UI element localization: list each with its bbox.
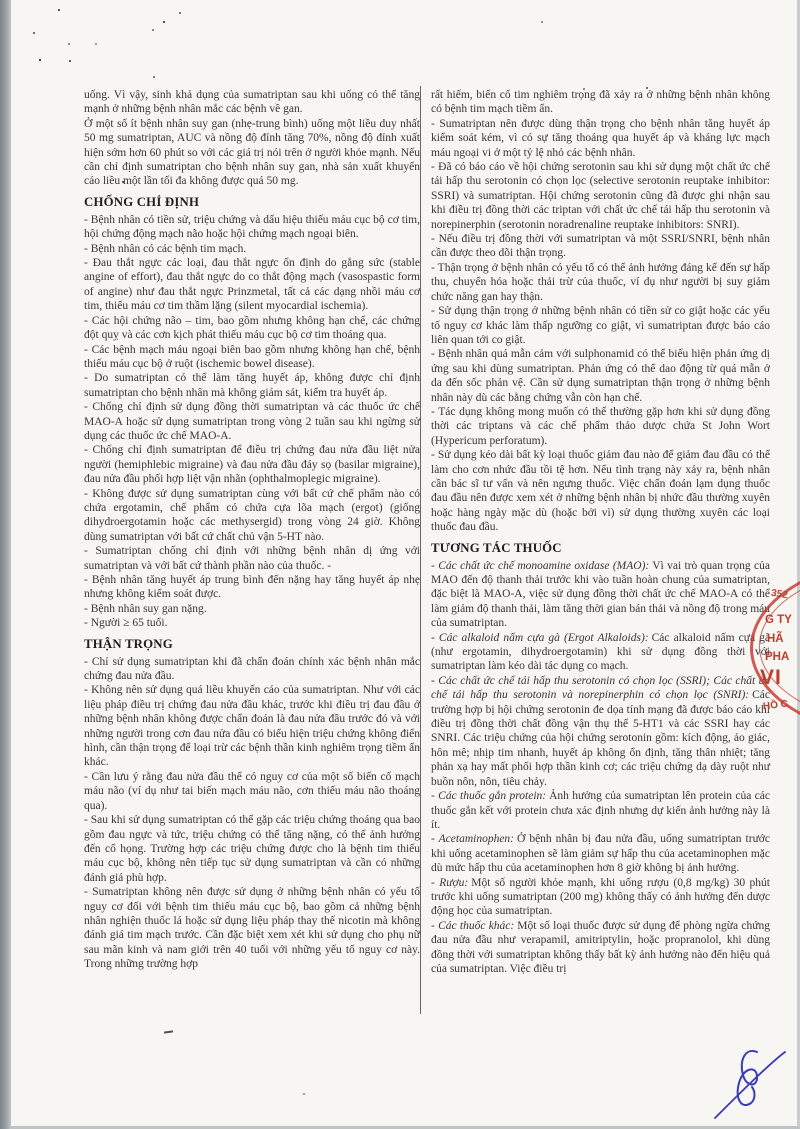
list-item: - Các chất ức chế tái hấp thu serotonin … <box>431 674 770 789</box>
list-item: - Bệnh nhân suy gan nặng. <box>84 602 420 616</box>
section-heading-contraindications: CHỐNG CHỈ ĐỊNH <box>84 194 420 210</box>
list-item: - Người ≥ 65 tuổi. <box>84 616 420 630</box>
interaction-text: Một số người khỏe mạnh, khi uống rượu (0… <box>431 877 770 918</box>
interaction-text: Các trường hợp bị hội chứng serotonin đe… <box>431 689 770 787</box>
list-item: - Sumatriptan nên được dùng thận trọng c… <box>431 117 770 160</box>
column-divider <box>420 86 421 1014</box>
signature-ink <box>695 1040 800 1125</box>
interaction-lead: - Các chất ức chế monoamine oxidase (MAO… <box>431 560 649 572</box>
right-column: rất hiếm, biến cố tim nghiêm trọng đã xả… <box>431 88 770 976</box>
company-stamp-fragment: PHA <box>765 651 789 663</box>
company-stamp-fragment: HỒ C <box>762 699 788 713</box>
interaction-lead: - Các alkaloid nấm cựa gà (Ergot Alkaloi… <box>431 632 649 644</box>
paragraph: rất hiếm, biến cố tim nghiêm trọng đã xả… <box>431 88 770 117</box>
company-stamp-fragment: G TY <box>765 614 792 626</box>
list-item: - Bệnh nhân có tiền sử, triệu chứng và d… <box>84 213 420 242</box>
list-item: - Các chất ức chế monoamine oxidase (MAO… <box>431 559 770 631</box>
scan-dash-artifact <box>164 1030 173 1033</box>
paragraph: uống. Vì vậy, sinh khả dụng của sumatrip… <box>84 88 420 117</box>
list-item: - Sumatriptan chống chỉ định với những b… <box>84 544 420 573</box>
list-item: - Nếu điều trị đồng thời với sumatriptan… <box>431 232 770 261</box>
interaction-lead: - Acetaminophen: <box>431 833 514 845</box>
interaction-lead: - Các thuốc khác: <box>431 920 514 932</box>
list-item: - Không nên sử dụng quá liều khuyến cáo … <box>84 683 420 769</box>
list-item: - Các alkaloid nấm cựa gà (Ergot Alkaloi… <box>431 631 770 674</box>
list-item: - Thận trọng ở bệnh nhân có yếu tố có th… <box>431 261 770 304</box>
paragraph: Ở một số ít bệnh nhân suy gan (nhẹ-trung… <box>84 117 420 189</box>
list-item: - Các thuốc gắn protein:Ảnh hưởng của su… <box>431 789 770 832</box>
list-item: - Bệnh nhân tăng huyết áp trung bình đến… <box>84 573 420 602</box>
list-item: - Bệnh nhân có các bệnh tim mạch. <box>84 242 420 256</box>
list-item: - Do sumatriptan có thể làm tăng huyết á… <box>84 371 420 400</box>
interaction-lead: - Các chất ức chế tái hấp thu serotonin … <box>431 675 770 701</box>
interaction-lead: - Các thuốc gắn protein: <box>431 790 546 802</box>
list-item: - Acetaminophen:Ở bệnh nhân bị đau nửa đ… <box>431 832 770 875</box>
section-heading-interactions: TƯƠNG TÁC THUỐC <box>431 540 770 556</box>
list-item: - Bệnh nhân quá mẫn cảm với sulphonamid … <box>431 347 770 405</box>
list-item: - Không được sử dụng sumatriptan cùng vớ… <box>84 487 420 545</box>
list-item: - Các hội chứng não – tim, bao gồm nhưng… <box>84 314 420 343</box>
list-item: - Chống chỉ định sumatriptan để điều trị… <box>84 443 420 486</box>
scan-edge-left <box>0 0 11 1129</box>
list-item: - Sumatriptan không nên được sử dụng ở n… <box>84 885 420 971</box>
list-item: - Các thuốc khác:Một số loại thuốc được … <box>431 919 770 977</box>
list-item: - Sử dụng thận trọng ở những bệnh nhân c… <box>431 304 770 347</box>
scanned-leaflet-page: { "left": { "intro": [ "uống. Vì vậy, si… <box>0 0 800 1129</box>
scan-noise <box>0 0 2 2</box>
list-item: - Cần lưu ý rằng đau nửa đầu thể có nguy… <box>84 770 420 813</box>
list-item: - Sử dụng kéo dài bất kỳ loại thuốc giảm… <box>431 448 770 534</box>
company-stamp-fragment: 352 <box>770 588 788 601</box>
list-item: - Các bệnh mạch máu ngoại biên bao gồm n… <box>84 343 420 372</box>
list-item: - Chỉ sử dụng sumatriptan khi đã chẩn đo… <box>84 655 420 684</box>
company-stamp-fragment: HÃ <box>767 633 784 645</box>
list-item: - Đau thắt ngực các loại, đau thắt ngực … <box>84 256 420 314</box>
list-item: - Sau khi sử dụng sumatriptan có thể gặp… <box>84 813 420 885</box>
interaction-lead: - Rượu: <box>431 877 468 889</box>
company-stamp-fragment: VI <box>760 666 782 690</box>
list-item: - Đã có báo cáo về hội chứng serotonin s… <box>431 160 770 232</box>
list-item: - Chống chỉ định sử dụng đồng thời sumat… <box>84 400 420 443</box>
left-column: uống. Vì vậy, sinh khả dụng của sumatrip… <box>84 88 420 972</box>
list-item: - Rượu:Một số người khỏe mạnh, khi uống … <box>431 876 770 919</box>
list-item: - Tác dụng không mong muốn có thể thường… <box>431 405 770 448</box>
section-heading-precautions: THẬN TRỌNG <box>84 636 420 652</box>
